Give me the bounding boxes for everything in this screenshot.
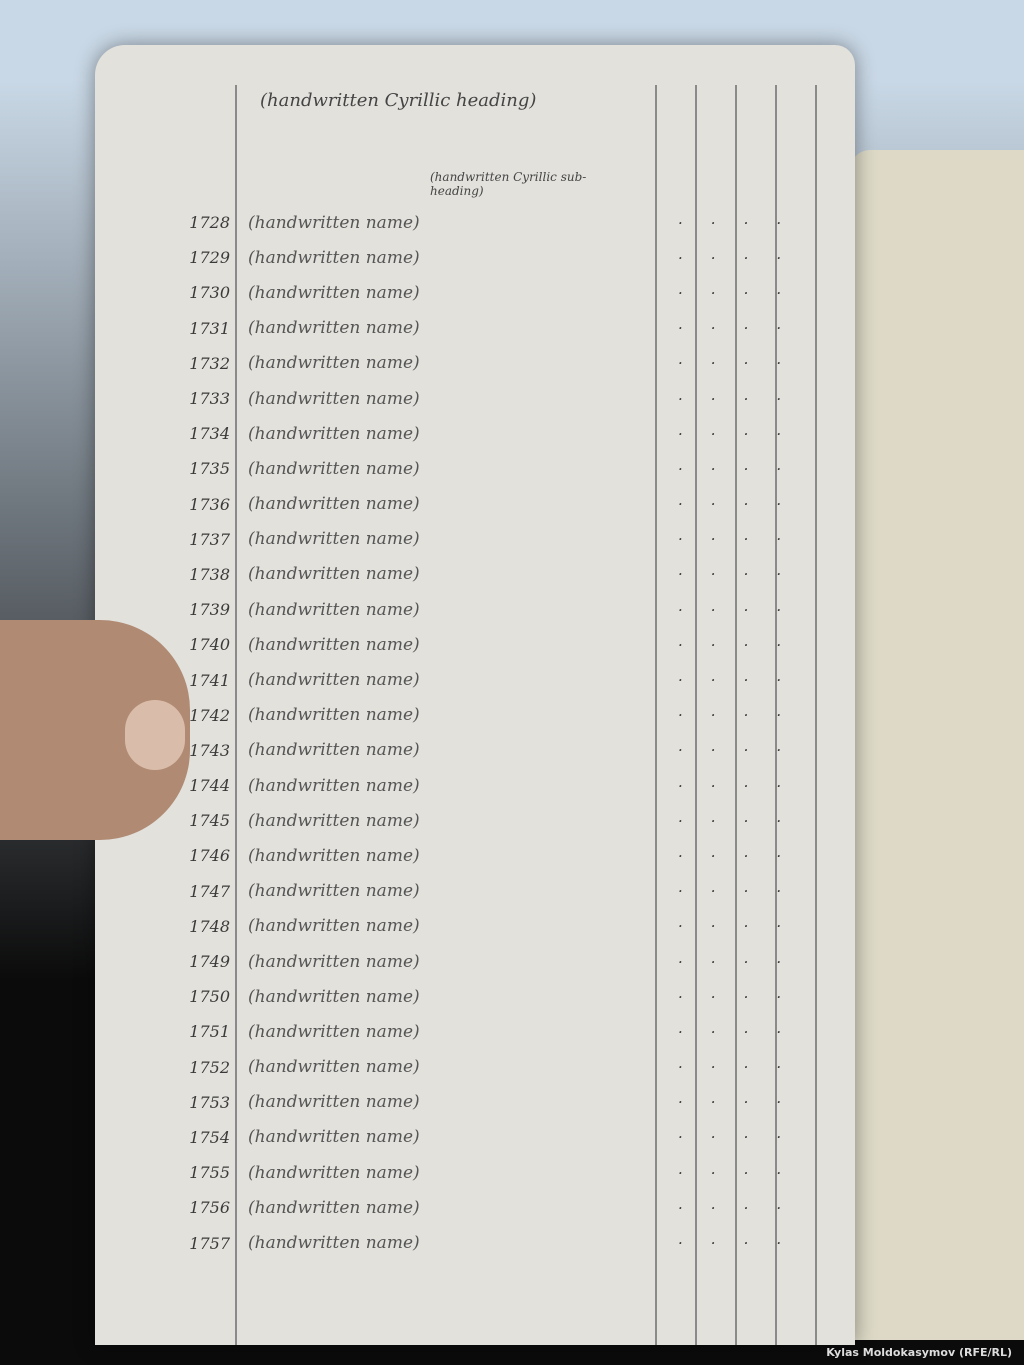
count-cell: · — [678, 847, 683, 865]
count-cell: · — [776, 882, 781, 900]
count-cell: · — [776, 565, 781, 583]
row-counts: · · · · — [678, 777, 781, 795]
row-name: (handwritten name) — [240, 1163, 678, 1183]
count-cell: · — [744, 741, 749, 759]
count-cell: · — [776, 1058, 781, 1076]
count-cell: · — [744, 671, 749, 689]
row-number: 1745 — [160, 811, 240, 830]
row-counts: · · · · — [678, 988, 781, 1006]
count-cell: · — [776, 214, 781, 232]
count-cell: · — [744, 777, 749, 795]
count-cell: · — [678, 1058, 683, 1076]
count-cell: · — [678, 1199, 683, 1217]
row-number: 1740 — [160, 635, 240, 654]
ledger-row: 1750 (handwritten name) · · · · — [160, 979, 860, 1014]
count-cell: · — [711, 777, 716, 795]
ledger-row: 1746 (handwritten name) · · · · — [160, 838, 860, 873]
count-cell: · — [776, 1199, 781, 1217]
count-cell: · — [678, 1023, 683, 1041]
count-cell: · — [711, 460, 716, 478]
row-name: (handwritten name) — [240, 811, 678, 831]
count-cell: · — [711, 882, 716, 900]
row-name: (handwritten name) — [240, 1127, 678, 1147]
count-cell: · — [776, 1234, 781, 1252]
row-counts: · · · · — [678, 1058, 781, 1076]
row-counts: · · · · — [678, 530, 781, 548]
row-counts: · · · · — [678, 390, 781, 408]
row-counts: · · · · — [678, 319, 781, 337]
ledger-row: 1752 (handwritten name) · · · · — [160, 1050, 860, 1085]
ledger-row: 1754 (handwritten name) · · · · — [160, 1120, 860, 1155]
count-cell: · — [678, 530, 683, 548]
count-cell: · — [678, 777, 683, 795]
row-counts: · · · · — [678, 917, 781, 935]
row-name: (handwritten name) — [240, 1092, 678, 1112]
row-number: 1735 — [160, 459, 240, 478]
ledger-row: 1733 (handwritten name) · · · · — [160, 381, 860, 416]
row-counts: · · · · — [678, 636, 781, 654]
count-cell: · — [776, 495, 781, 513]
count-cell: · — [711, 706, 716, 724]
count-cell: · — [711, 1023, 716, 1041]
count-cell: · — [744, 1234, 749, 1252]
row-number: 1752 — [160, 1058, 240, 1077]
row-number: 1746 — [160, 846, 240, 865]
count-cell: · — [678, 706, 683, 724]
row-counts: · · · · — [678, 847, 781, 865]
row-name: (handwritten name) — [240, 952, 678, 972]
count-cell: · — [711, 1234, 716, 1252]
row-number: 1757 — [160, 1234, 240, 1253]
ledger-row: 1751 (handwritten name) · · · · — [160, 1014, 860, 1049]
count-cell: · — [744, 1128, 749, 1146]
ledger-header: (handwritten Cyrillic heading) (handwrit… — [170, 65, 620, 165]
count-cell: · — [711, 530, 716, 548]
count-cell: · — [776, 988, 781, 1006]
count-cell: · — [678, 741, 683, 759]
count-cell: · — [744, 706, 749, 724]
count-cell: · — [711, 671, 716, 689]
count-cell: · — [776, 354, 781, 372]
count-cell: · — [711, 953, 716, 971]
count-cell: · — [776, 741, 781, 759]
count-cell: · — [744, 1023, 749, 1041]
count-cell: · — [711, 741, 716, 759]
row-number: 1753 — [160, 1093, 240, 1112]
count-cell: · — [711, 601, 716, 619]
row-name: (handwritten name) — [240, 740, 678, 760]
count-cell: · — [744, 530, 749, 548]
count-cell: · — [744, 249, 749, 267]
count-cell: · — [678, 565, 683, 583]
row-number: 1750 — [160, 987, 240, 1006]
row-counts: · · · · — [678, 565, 781, 583]
count-cell: · — [711, 1058, 716, 1076]
ledger-row: 1732 (handwritten name) · · · · — [160, 346, 860, 381]
thumbnail — [125, 700, 185, 770]
ledger-row: 1734 (handwritten name) · · · · — [160, 416, 860, 451]
count-cell: · — [711, 1164, 716, 1182]
count-cell: · — [678, 460, 683, 478]
row-name: (handwritten name) — [240, 987, 678, 1007]
count-cell: · — [744, 354, 749, 372]
row-name: (handwritten name) — [240, 318, 678, 338]
count-cell: · — [744, 495, 749, 513]
count-cell: · — [711, 319, 716, 337]
count-cell: · — [744, 1058, 749, 1076]
count-cell: · — [711, 847, 716, 865]
count-cell: · — [776, 425, 781, 443]
count-cell: · — [744, 1093, 749, 1111]
row-counts: · · · · — [678, 1234, 781, 1252]
row-counts: · · · · — [678, 741, 781, 759]
row-counts: · · · · — [678, 1093, 781, 1111]
count-cell: · — [711, 1093, 716, 1111]
count-cell: · — [711, 284, 716, 302]
ledger-row: 1729 (handwritten name) · · · · — [160, 240, 860, 275]
count-cell: · — [678, 425, 683, 443]
ledger-row: 1742 (handwritten name) · · · · — [160, 698, 860, 733]
ledger-row: 1728 (handwritten name) · · · · — [160, 205, 860, 240]
row-counts: · · · · — [678, 1199, 781, 1217]
count-cell: · — [678, 1164, 683, 1182]
ledger-row: 1735 (handwritten name) · · · · — [160, 451, 860, 486]
row-name: (handwritten name) — [240, 705, 678, 725]
count-cell: · — [776, 671, 781, 689]
row-name: (handwritten name) — [240, 564, 678, 584]
row-name: (handwritten name) — [240, 459, 678, 479]
count-cell: · — [711, 354, 716, 372]
ledger-row: 1740 (handwritten name) · · · · — [160, 627, 860, 662]
row-number: 1738 — [160, 565, 240, 584]
count-cell: · — [678, 249, 683, 267]
count-cell: · — [776, 1128, 781, 1146]
count-cell: · — [744, 988, 749, 1006]
count-cell: · — [678, 601, 683, 619]
count-cell: · — [711, 917, 716, 935]
count-cell: · — [776, 1164, 781, 1182]
count-cell: · — [678, 671, 683, 689]
row-counts: · · · · — [678, 1023, 781, 1041]
count-cell: · — [744, 565, 749, 583]
count-cell: · — [678, 319, 683, 337]
row-name: (handwritten name) — [240, 1022, 678, 1042]
ledger-rows: 1728 (handwritten name) · · · · 1729 (ha… — [160, 205, 860, 1261]
count-cell: · — [744, 425, 749, 443]
count-cell: · — [711, 1199, 716, 1217]
row-number: 1734 — [160, 424, 240, 443]
row-counts: · · · · — [678, 1164, 781, 1182]
ledger-row: 1748 (handwritten name) · · · · — [160, 909, 860, 944]
count-cell: · — [678, 1128, 683, 1146]
ledger-row: 1747 (handwritten name) · · · · — [160, 874, 860, 909]
row-name: (handwritten name) — [240, 600, 678, 620]
row-counts: · · · · — [678, 882, 781, 900]
count-cell: · — [776, 601, 781, 619]
count-cell: · — [711, 214, 716, 232]
count-cell: · — [678, 953, 683, 971]
row-name: (handwritten name) — [240, 881, 678, 901]
count-cell: · — [678, 1093, 683, 1111]
row-counts: · · · · — [678, 953, 781, 971]
row-name: (handwritten name) — [240, 1233, 678, 1253]
row-number: 1739 — [160, 600, 240, 619]
count-cell: · — [744, 460, 749, 478]
photo-credit: Kylas Moldokasymov (RFE/RL) — [826, 1346, 1012, 1359]
row-number: 1732 — [160, 354, 240, 373]
row-name: (handwritten name) — [240, 353, 678, 373]
ledger-row: 1749 (handwritten name) · · · · — [160, 944, 860, 979]
ledger-title: (handwritten Cyrillic heading) — [260, 90, 536, 111]
ledger-row: 1745 (handwritten name) · · · · — [160, 803, 860, 838]
row-name: (handwritten name) — [240, 635, 678, 655]
row-number: 1754 — [160, 1128, 240, 1147]
ledger-row: 1753 (handwritten name) · · · · — [160, 1085, 860, 1120]
row-name: (handwritten name) — [240, 494, 678, 514]
count-cell: · — [776, 812, 781, 830]
ledger-row: 1741 (handwritten name) · · · · — [160, 662, 860, 697]
ledger-row: 1738 (handwritten name) · · · · — [160, 557, 860, 592]
count-cell: · — [711, 249, 716, 267]
photo-scene: (handwritten Cyrillic heading) (handwrit… — [0, 0, 1024, 1365]
row-name: (handwritten name) — [240, 776, 678, 796]
ledger-row: 1755 (handwritten name) · · · · — [160, 1155, 860, 1190]
count-cell: · — [744, 847, 749, 865]
ledger-row: 1736 (handwritten name) · · · · — [160, 487, 860, 522]
row-counts: · · · · — [678, 495, 781, 513]
row-number: 1730 — [160, 283, 240, 302]
count-cell: · — [744, 812, 749, 830]
ledger-row: 1737 (handwritten name) · · · · — [160, 522, 860, 557]
count-cell: · — [744, 882, 749, 900]
ledger-row: 1730 (handwritten name) · · · · — [160, 275, 860, 310]
facing-page — [850, 150, 1024, 1340]
count-cell: · — [776, 777, 781, 795]
row-number: 1749 — [160, 952, 240, 971]
count-cell: · — [776, 284, 781, 302]
count-cell: · — [744, 390, 749, 408]
count-cell: · — [776, 460, 781, 478]
row-number: 1729 — [160, 248, 240, 267]
row-number: 1747 — [160, 882, 240, 901]
count-cell: · — [776, 636, 781, 654]
row-name: (handwritten name) — [240, 213, 678, 233]
row-number: 1728 — [160, 213, 240, 232]
row-counts: · · · · — [678, 671, 781, 689]
row-name: (handwritten name) — [240, 916, 678, 936]
count-cell: · — [711, 1128, 716, 1146]
ledger-row: 1731 (handwritten name) · · · · — [160, 311, 860, 346]
count-cell: · — [711, 636, 716, 654]
row-number: 1731 — [160, 319, 240, 338]
row-number: 1748 — [160, 917, 240, 936]
row-counts: · · · · — [678, 1128, 781, 1146]
count-cell: · — [744, 1164, 749, 1182]
count-cell: · — [776, 847, 781, 865]
count-cell: · — [776, 530, 781, 548]
count-cell: · — [776, 1023, 781, 1041]
count-cell: · — [776, 1093, 781, 1111]
row-counts: · · · · — [678, 249, 781, 267]
count-cell: · — [744, 319, 749, 337]
row-number: 1755 — [160, 1163, 240, 1182]
count-cell: · — [744, 636, 749, 654]
row-number: 1756 — [160, 1198, 240, 1217]
ledger-row: 1757 (handwritten name) · · · · — [160, 1225, 860, 1260]
row-counts: · · · · — [678, 214, 781, 232]
count-cell: · — [744, 284, 749, 302]
count-cell: · — [678, 390, 683, 408]
count-cell: · — [776, 319, 781, 337]
row-number: 1751 — [160, 1022, 240, 1041]
row-name: (handwritten name) — [240, 424, 678, 444]
count-cell: · — [744, 601, 749, 619]
count-cell: · — [711, 390, 716, 408]
count-cell: · — [711, 425, 716, 443]
count-cell: · — [678, 1234, 683, 1252]
count-cell: · — [776, 917, 781, 935]
ledger-subtitle: (handwritten Cyrillic sub-heading) — [430, 170, 620, 198]
row-counts: · · · · — [678, 284, 781, 302]
count-cell: · — [744, 953, 749, 971]
row-counts: · · · · — [678, 706, 781, 724]
row-number: 1736 — [160, 495, 240, 514]
row-number: 1733 — [160, 389, 240, 408]
row-counts: · · · · — [678, 601, 781, 619]
row-counts: · · · · — [678, 354, 781, 372]
row-name: (handwritten name) — [240, 670, 678, 690]
count-cell: · — [678, 214, 683, 232]
count-cell: · — [678, 988, 683, 1006]
ledger-row: 1739 (handwritten name) · · · · — [160, 592, 860, 627]
count-cell: · — [711, 495, 716, 513]
ledger-row: 1756 (handwritten name) · · · · — [160, 1190, 860, 1225]
count-cell: · — [678, 636, 683, 654]
count-cell: · — [744, 917, 749, 935]
ledger-row: 1743 (handwritten name) · · · · — [160, 733, 860, 768]
count-cell: · — [744, 1199, 749, 1217]
row-name: (handwritten name) — [240, 389, 678, 409]
row-name: (handwritten name) — [240, 248, 678, 268]
count-cell: · — [776, 249, 781, 267]
row-name: (handwritten name) — [240, 283, 678, 303]
count-cell: · — [678, 812, 683, 830]
count-cell: · — [744, 214, 749, 232]
count-cell: · — [711, 812, 716, 830]
row-name: (handwritten name) — [240, 529, 678, 549]
count-cell: · — [678, 354, 683, 372]
count-cell: · — [711, 565, 716, 583]
count-cell: · — [678, 495, 683, 513]
count-cell: · — [678, 284, 683, 302]
count-cell: · — [776, 953, 781, 971]
row-name: (handwritten name) — [240, 846, 678, 866]
count-cell: · — [776, 706, 781, 724]
row-number: 1737 — [160, 530, 240, 549]
count-cell: · — [711, 988, 716, 1006]
count-cell: · — [678, 882, 683, 900]
row-name: (handwritten name) — [240, 1198, 678, 1218]
count-cell: · — [678, 917, 683, 935]
row-counts: · · · · — [678, 812, 781, 830]
row-name: (handwritten name) — [240, 1057, 678, 1077]
row-counts: · · · · — [678, 460, 781, 478]
row-counts: · · · · — [678, 425, 781, 443]
count-cell: · — [776, 390, 781, 408]
ledger-row: 1744 (handwritten name) · · · · — [160, 768, 860, 803]
